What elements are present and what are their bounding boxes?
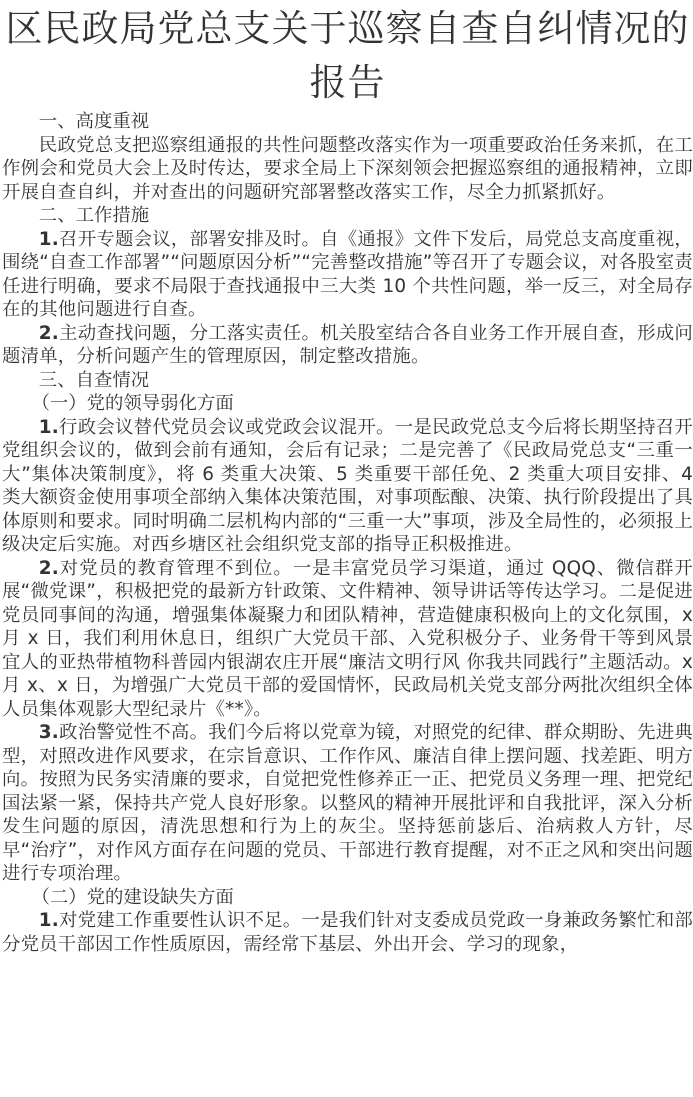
document-title: 区民政局党总支关于巡察自查自纠情况的 报告 [2, 0, 693, 110]
subsection-heading-1: （一）党的领导弱化方面 [2, 392, 693, 416]
item-number: 2. [39, 323, 59, 344]
item-number: 3. [39, 722, 59, 743]
title-line-1: 区民政局党总支关于巡察自查自纠情况的 [6, 7, 690, 50]
item-text: 召开专题会议，部署安排及时。自《通报》文件下发后，局党总支高度重视，围绕“自查工… [2, 229, 693, 321]
section-heading-1: 一、高度重视 [2, 110, 693, 134]
item-number: 1. [39, 417, 59, 438]
finding-item-2: 2.对党员的教育管理不到位。一是丰富党员学习渠道，通过 QQQ、微信群开展“微党… [2, 557, 693, 722]
subsection-heading-2: （二）党的建设缺失方面 [2, 886, 693, 910]
document-page: 区民政局党总支关于巡察自查自纠情况的 报告 一、高度重视 民政党总支把巡察组通报… [0, 0, 693, 956]
item-number: 1. [39, 229, 59, 250]
section-1-paragraph: 民政党总支把巡察组通报的共性问题整改落实作为一项重要政治任务来抓，在工作例会和党… [2, 134, 693, 205]
finding-item-3: 3.政治警觉性不高。我们今后将以党章为镜，对照党的纪律、群众期盼、先进典型，对照… [2, 721, 693, 886]
finding-item-1: 1.行政会议替代党员会议或党政会议混开。一是民政党总支今后将长期坚持召开党组织会… [2, 416, 693, 557]
measure-item-2: 2.主动查找问题，分工落实责任。机关股室结合各自业务工作开展自查，形成问题清单，… [2, 322, 693, 369]
item-text: 对党员的教育管理不到位。一是丰富党员学习渠道，通过 QQQ、微信群开展“微党课”… [2, 558, 693, 720]
finding-item-4: 1.对党建工作重要性认识不足。一是我们针对支委成员党政一身兼政务繁忙和部分党员干… [2, 909, 693, 956]
title-line-2: 报告 [310, 61, 386, 104]
section-heading-3: 三、自查情况 [2, 369, 693, 393]
item-text: 主动查找问题，分工落实责任。机关股室结合各自业务工作开展自查，形成问题清单，分析… [2, 323, 693, 368]
item-text: 对党建工作重要性认识不足。一是我们针对支委成员党政一身兼政务繁忙和部分党员干部因… [2, 910, 693, 955]
item-number: 1. [39, 910, 59, 931]
item-text: 政治警觉性不高。我们今后将以党章为镜，对照党的纪律、群众期盼、先进典型，对照改进… [2, 722, 693, 884]
item-text: 行政会议替代党员会议或党政会议混开。一是民政党总支今后将长期坚持召开党组织会议的… [2, 417, 693, 556]
section-heading-2: 二、工作措施 [2, 204, 693, 228]
measure-item-1: 1.召开专题会议，部署安排及时。自《通报》文件下发后，局党总支高度重视，围绕“自… [2, 228, 693, 322]
item-number: 2. [39, 558, 59, 579]
